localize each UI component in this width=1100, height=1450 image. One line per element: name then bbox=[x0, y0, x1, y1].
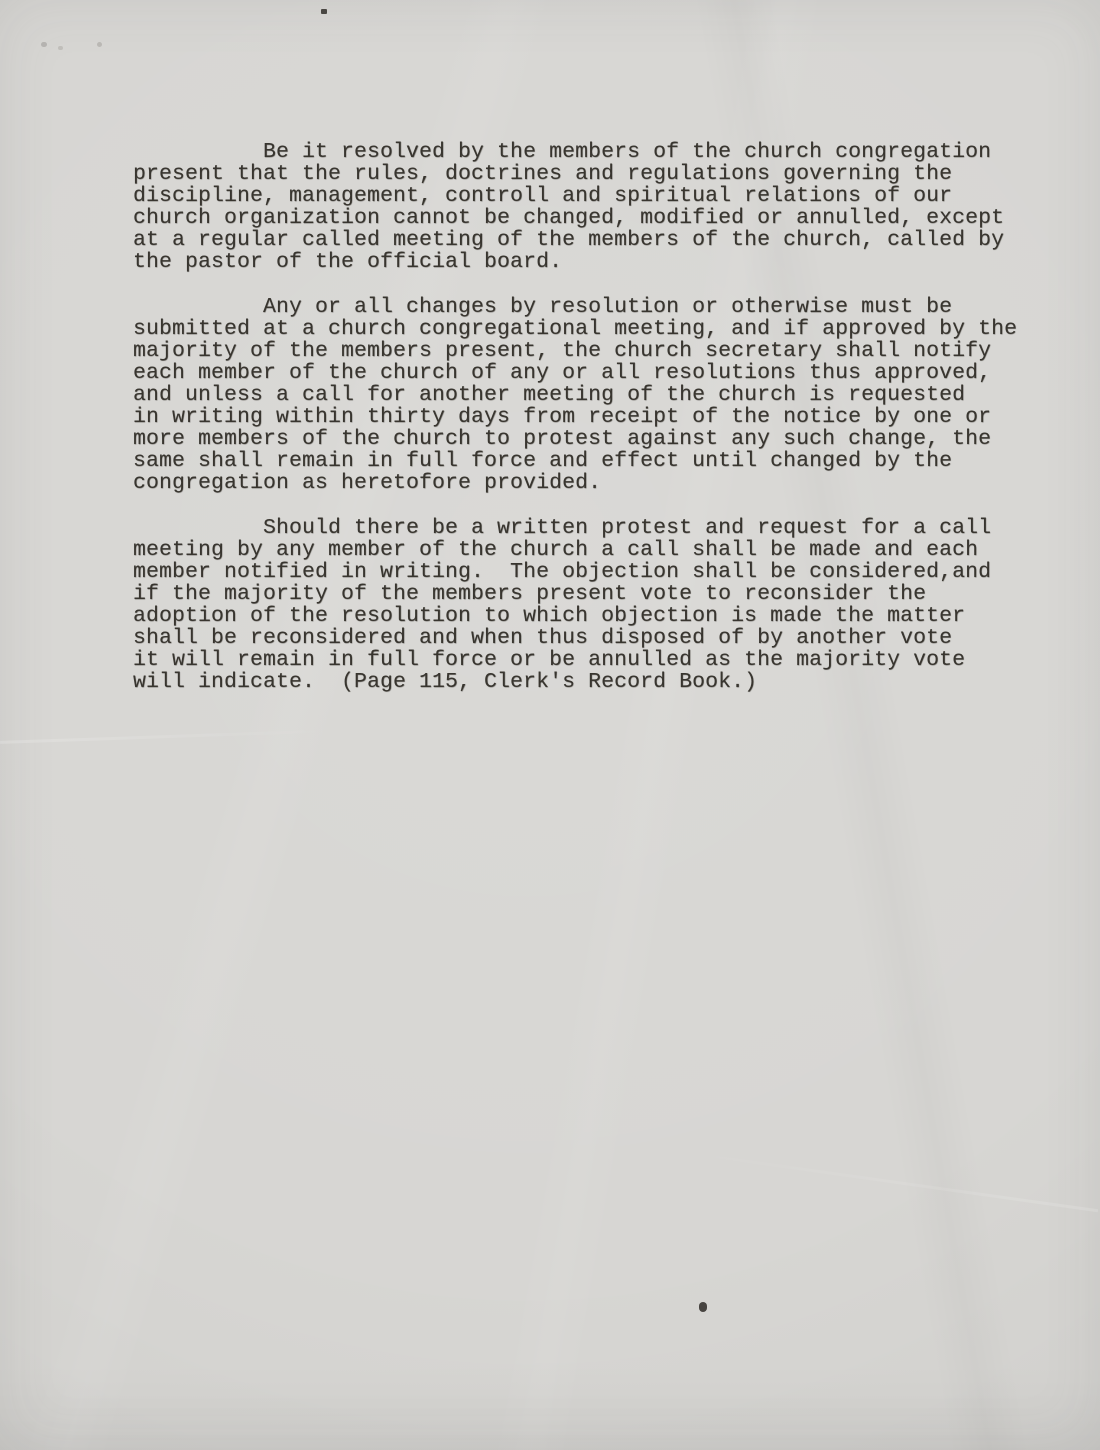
text-line: Be it resolved by the members of the chu… bbox=[133, 141, 1053, 163]
text-line: the pastor of the official board. bbox=[133, 251, 1053, 273]
ink-speck bbox=[97, 42, 102, 47]
text-line: member notified in writing. The objectio… bbox=[133, 561, 1053, 583]
ink-speck bbox=[41, 42, 47, 47]
text-line: and unless a call for another meeting of… bbox=[133, 384, 1053, 406]
text-line: church organization cannot be changed, m… bbox=[133, 207, 1053, 229]
paragraph: Should there be a written protest and re… bbox=[133, 517, 1053, 693]
text-line: discipline, management, controll and spi… bbox=[133, 185, 1053, 207]
scanned-document-page: Be it resolved by the members of the chu… bbox=[0, 0, 1100, 1450]
text-line: congregation as heretofore provided. bbox=[133, 472, 1053, 494]
paragraph: Be it resolved by the members of the chu… bbox=[133, 141, 1053, 273]
ink-speck bbox=[321, 9, 327, 14]
text-line: adoption of the resolution to which obje… bbox=[133, 605, 1053, 627]
text-line: each member of the church of any or all … bbox=[133, 362, 1053, 384]
ink-speck bbox=[699, 1302, 707, 1312]
text-line: Any or all changes by resolution or othe… bbox=[133, 296, 1053, 318]
text-line: more members of the church to protest ag… bbox=[133, 428, 1053, 450]
text-line: majority of the members present, the chu… bbox=[133, 340, 1053, 362]
text-line: in writing within thirty days from recei… bbox=[133, 406, 1053, 428]
text-line: if the majority of the members present v… bbox=[133, 583, 1053, 605]
text-line: meeting by any member of the church a ca… bbox=[133, 539, 1053, 561]
text-line: present that the rules, doctrines and re… bbox=[133, 163, 1053, 185]
text-line: shall be reconsidered and when thus disp… bbox=[133, 627, 1053, 649]
ink-speck bbox=[58, 46, 63, 50]
text-line: at a regular called meeting of the membe… bbox=[133, 229, 1053, 251]
typewritten-text: Be it resolved by the members of the chu… bbox=[133, 141, 1053, 716]
paragraph: Any or all changes by resolution or othe… bbox=[133, 296, 1053, 494]
text-line: same shall remain in full force and effe… bbox=[133, 450, 1053, 472]
text-line: Should there be a written protest and re… bbox=[133, 517, 1053, 539]
text-line: submitted at a church congregational mee… bbox=[133, 318, 1053, 340]
paper-crease bbox=[682, 1151, 1098, 1212]
text-line: will indicate. (Page 115, Clerk's Record… bbox=[133, 671, 1053, 693]
text-line: it will remain in full force or be annul… bbox=[133, 649, 1053, 671]
paper-crease bbox=[0, 729, 340, 744]
